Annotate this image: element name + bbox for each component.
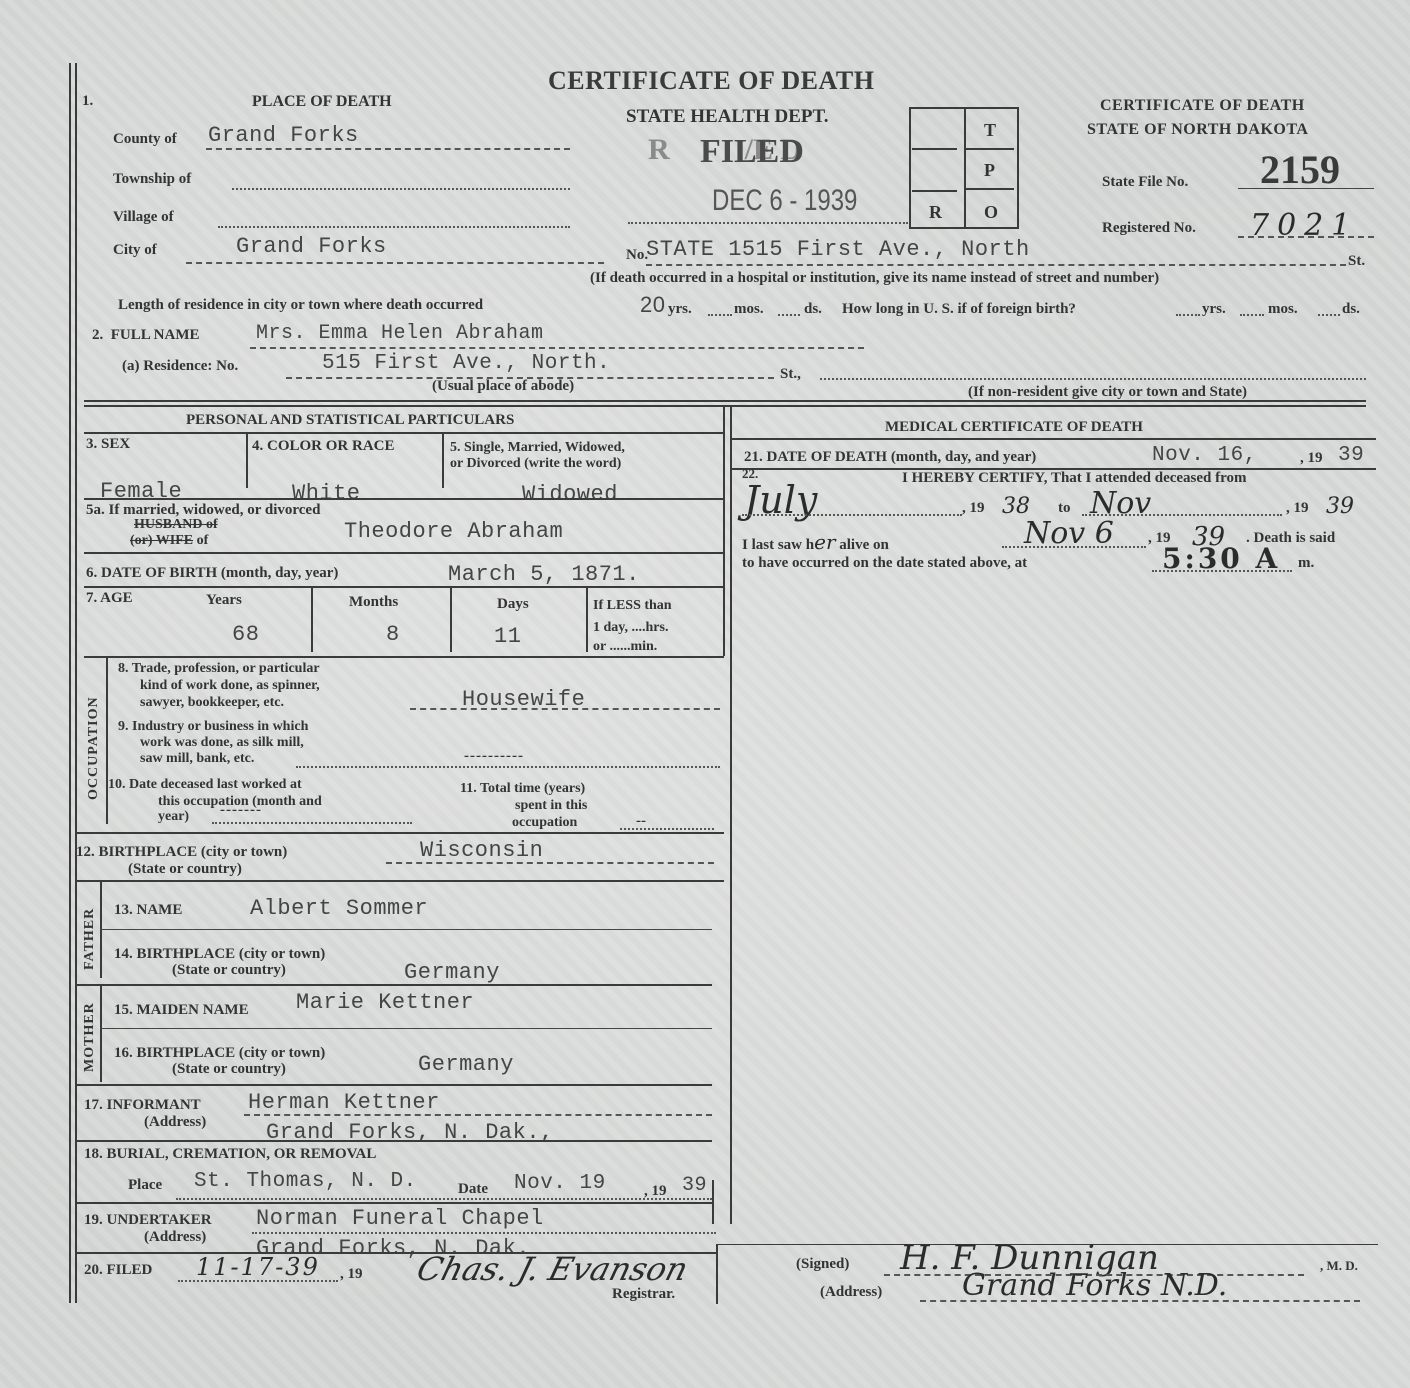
stamp-date: DEC 6 - 1939 [712,184,857,218]
age-days-value: 11 [494,624,521,649]
last-saw-text-2: alive on [839,537,889,553]
stamp-grid-line-2 [966,188,1014,190]
informant-label: 17. INFORMANT [84,1097,201,1114]
spouse-value: Theodore Abraham [344,519,563,544]
foreign-yrs-line [1176,314,1200,316]
residence-yrs-unit: yrs. [668,301,692,318]
age-less-2: 1 day, ....hrs. [593,620,668,635]
wife-label: (or) WIFE of [130,533,208,548]
sex-race-divider [246,432,248,488]
father-bottom-line [76,984,712,986]
physician-address-value: Grand Forks N.D. [962,1268,1227,1303]
marital-value: Widowed [522,482,618,507]
father-side-label: FATHER [82,908,98,970]
time-line [1152,570,1292,572]
left-border-outer [69,63,71,1303]
dod-value: Nov. 16, [1152,444,1257,467]
filed-year-prefix: , 19 [340,1266,363,1283]
foreign-mos-unit: mos. [1268,301,1298,318]
undertaker-label: 19. UNDERTAKER [84,1212,212,1229]
personal-heading: PERSONAL AND STATISTICAL PARTICULARS [186,412,514,429]
birthplace-line [386,862,714,864]
medical-heading: MEDICAL CERTIFICATE OF DEATH [885,419,1143,436]
county-line [206,148,570,150]
mother-birthplace-label-2: (State or country) [172,1061,286,1078]
age-years-label: Years [206,592,242,609]
time-suffix: m. [1298,555,1314,572]
age-divider-3 [586,588,588,652]
age-row-line [84,656,724,658]
wife-struck: (or) WIFE [130,533,193,548]
stamp-date-line [628,222,908,224]
sex-value: Female [100,479,182,504]
foreign-ds-line [1318,314,1340,316]
md-label: , M. D. [1320,1258,1358,1274]
registrar-signature: Chas. J. Evanson [413,1250,692,1288]
age-months-label: Months [349,594,398,611]
full-name-label: 2. FULL NAME [92,327,200,344]
village-label: Village of [113,209,174,226]
industry-label-2: work was done, as silk mill, [140,735,304,750]
industry-value: ---------- [464,748,524,765]
residence-length-label: Length of residence in city or town wher… [118,297,483,314]
residence-years-value: 20 [640,292,665,318]
address-no-label: No. [626,247,648,264]
attended-from-year-prefix: , 19 [962,500,985,517]
residence-mos-unit: mos. [734,301,764,318]
total-time-label-2: spent in this [515,798,587,813]
mother-birthplace-label-1: 16. BIRTHPLACE (city or town) [114,1045,325,1062]
birthplace-label-2: (State or country) [128,861,242,878]
occupation-bottom-line [76,832,724,834]
dod-year-value: 39 [1338,444,1364,467]
burial-year-value: 39 [682,1174,707,1197]
hospital-note: (If death occurred in a hospital or inst… [590,270,1159,287]
column-divider-outer [730,406,732,1224]
left-border-inner [75,63,77,1303]
undertaker-line [252,1232,716,1234]
physician-address-line [920,1300,1360,1302]
township-label: Township of [113,171,191,188]
mother-name-line [100,1028,712,1029]
age-less-1: If LESS than [593,598,672,613]
filed-value: 11-17-39 [196,1253,320,1281]
burial-place-label: Place [128,1177,162,1194]
burial-right-divider [712,1180,714,1224]
dob-label: 6. DATE OF BIRTH (month, day, year) [86,565,338,582]
informant-bottom-line [76,1140,712,1142]
last-saw-line [1002,546,1146,548]
father-name-value: Albert Sommer [250,896,428,921]
last-saw-label: I last saw her alive on [742,530,889,554]
mother-bottom-line [76,1084,712,1086]
birthplace-bottom-line [76,880,724,882]
informant-name-value: Herman Kettner [248,1090,440,1115]
attended-to-label: to [1058,500,1071,517]
burial-place-value: St. Thomas, N. D. [194,1170,417,1193]
age-days-label: Days [497,596,529,613]
stamp-grid-divider [964,107,966,227]
mother-side-label: MOTHER [82,1002,98,1072]
last-saw-her: er [814,530,835,554]
trade-label-1: 8. Trade, profession, or particular [118,661,320,676]
dob-row-line [84,586,724,588]
informant-address-label: (Address) [144,1114,206,1131]
occupation-side-line [106,656,108,824]
occurred-label: to have occurred on the date stated abov… [742,555,1027,572]
attended-to-year: 39 [1326,494,1354,519]
total-time-line [620,828,714,830]
dob-value: March 5, 1871. [448,562,640,587]
father-name-line [100,929,712,930]
foreign-ds-unit: ds. [1342,301,1360,318]
undertaker-name-value: Norman Funeral Chapel [256,1206,544,1231]
undertaker-address-label: (Address) [144,1229,206,1246]
registered-underline [1238,236,1374,238]
residence-mos-line [708,314,732,316]
birthplace-value: Wisconsin [420,838,543,863]
stamp-grid-p: P [984,160,995,181]
place-of-death-heading: PLACE OF DEATH [252,93,392,111]
father-birthplace-label-1: 14. BIRTHPLACE (city or town) [114,946,325,963]
age-divider-1 [311,588,313,652]
foreign-mos-line [1240,314,1264,316]
stamp-grid-r: R [929,202,942,223]
attended-to-year-prefix: , 19 [1286,500,1309,517]
age-less-3: or ......min. [593,639,657,654]
total-time-label-1: 11. Total time (years) [460,781,585,796]
filed-line [178,1280,338,1282]
full-name-value: Mrs. Emma Helen Abraham [256,322,544,345]
age-divider-2 [450,588,452,652]
last-worked-label-3: year) [158,809,189,824]
usual-abode-note: (Usual place of abode) [432,378,574,395]
stamp-grid-mark-1 [912,148,957,150]
full-name-number: 2. [92,327,103,343]
burial-label: 18. BURIAL, CREMATION, OR REMOVAL [84,1146,376,1163]
mother-name-label: 15. MAIDEN NAME [114,1002,249,1019]
filed-label: 20. FILED [84,1262,152,1279]
physician-address-label: (Address) [820,1284,882,1301]
non-resident-note: (If non-resident give city or town and S… [968,384,1247,401]
trade-label-2: kind of work done, as spinner, [140,678,320,693]
father-side-line [100,882,102,978]
county-value: Grand Forks [208,123,359,148]
last-worked-line [212,822,412,824]
informant-name-line [244,1114,712,1116]
certificate-title: CERTIFICATE OF DEATH [548,66,874,96]
section-number-1: 1. [82,93,93,110]
county-label: County of [113,131,177,148]
residence-ds-unit: ds. [804,301,822,318]
foreign-birth-label: How long in U. S. if of foreign birth? [842,301,1076,318]
registered-label: Registered No. [1102,220,1196,237]
certify-text: I HEREBY CERTIFY, That I attended deceas… [902,470,1247,487]
last-worked-value: ------- [220,802,262,819]
last-worked-label-1: 10. Date deceased last worked at [108,777,302,792]
state-file-number: 2159 [1260,146,1340,193]
stamp-grid-line-1 [966,148,1014,150]
total-time-label-3: occupation [512,815,577,830]
residence-nonresident-line [820,378,1366,380]
address-st-label: St. [1348,253,1365,270]
age-years-value: 68 [232,622,259,647]
state-file-label: State File No. [1102,174,1188,191]
industry-label-1: 9. Industry or business in which [118,719,308,734]
attended-from-line [742,514,962,516]
marital-label-1: 5. Single, Married, Widowed, [450,440,625,455]
signed-label: (Signed) [796,1256,849,1273]
personal-heading-line [84,432,724,434]
occupation-side-label: OCCUPATION [86,696,102,800]
sex-row-line [84,498,724,500]
registrar-label: Registrar. [612,1286,675,1303]
township-line [232,188,570,190]
birthplace-label-1: 12. BIRTHPLACE (city or town) [76,844,287,861]
trade-line [410,708,720,710]
residence-st-label: St., [780,366,801,383]
mother-name-value: Marie Kettner [296,990,474,1015]
age-label: 7. AGE [86,590,133,607]
city-value: Grand Forks [236,234,387,259]
stamp-dept: STATE HEALTH DEPT. [626,106,829,128]
race-marital-divider [442,432,444,488]
burial-date-value: Nov. 19 [514,1172,606,1195]
right-title-1: CERTIFICATE OF DEATH [1100,97,1305,115]
foreign-yrs-unit: yrs. [1202,301,1226,318]
dod-year-prefix: , 19 [1300,450,1323,467]
father-birthplace-label-2: (State or country) [172,962,286,979]
burial-line [176,1198,712,1200]
wife-of: of [197,533,209,548]
header-divider-2 [84,405,1366,407]
medical-heading-line [732,438,1376,440]
right-title-2: STATE OF NORTH DAKOTA [1087,121,1308,139]
stamp-filed: FILED [700,133,804,171]
husband-struck: HUSBAND of [134,517,218,532]
residence-value: 515 First Ave., North. [322,352,610,375]
mother-birthplace-value: Germany [418,1052,514,1077]
sex-label: 3. SEX [86,436,130,453]
death-address-value: STATE 1515 First Ave., North [646,237,1030,262]
stamp-grid-o: O [984,202,998,223]
residence-ds-line [778,314,800,316]
industry-line [296,766,720,768]
full-name-line [250,347,864,349]
stamp-grid-mark-2 [912,190,957,192]
header-divider-1 [84,400,1366,402]
industry-label-3: saw mill, bank, etc. [140,751,254,766]
last-saw-text-1: I last saw h [742,537,814,553]
death-address-line [646,264,1346,266]
dod-label: 21. DATE OF DEATH (month, day, and year) [744,449,1036,466]
full-name-text: FULL NAME [111,327,200,343]
stamp-grid-t: T [984,120,996,141]
mother-side-line [100,986,102,1082]
marital-label-2: or Divorced (write the word) [450,456,621,471]
village-line [218,226,570,228]
race-label: 4. COLOR OR RACE [252,438,395,455]
column-divider-inner [723,406,725,656]
father-birthplace-value: Germany [404,960,500,985]
burial-date-label: Date [458,1181,488,1198]
age-months-value: 8 [386,622,400,647]
father-name-label: 13. NAME [114,902,182,919]
spouse-row-line [84,552,724,554]
undertaker-right-divider [716,1244,718,1304]
residence-label: (a) Residence: No. [122,358,238,375]
trade-label-3: sawyer, bookkeeper, etc. [140,695,284,710]
state-file-underline [1238,188,1374,189]
city-label: City of [113,242,157,259]
burial-bottom-line [76,1202,712,1204]
city-line [186,262,604,264]
